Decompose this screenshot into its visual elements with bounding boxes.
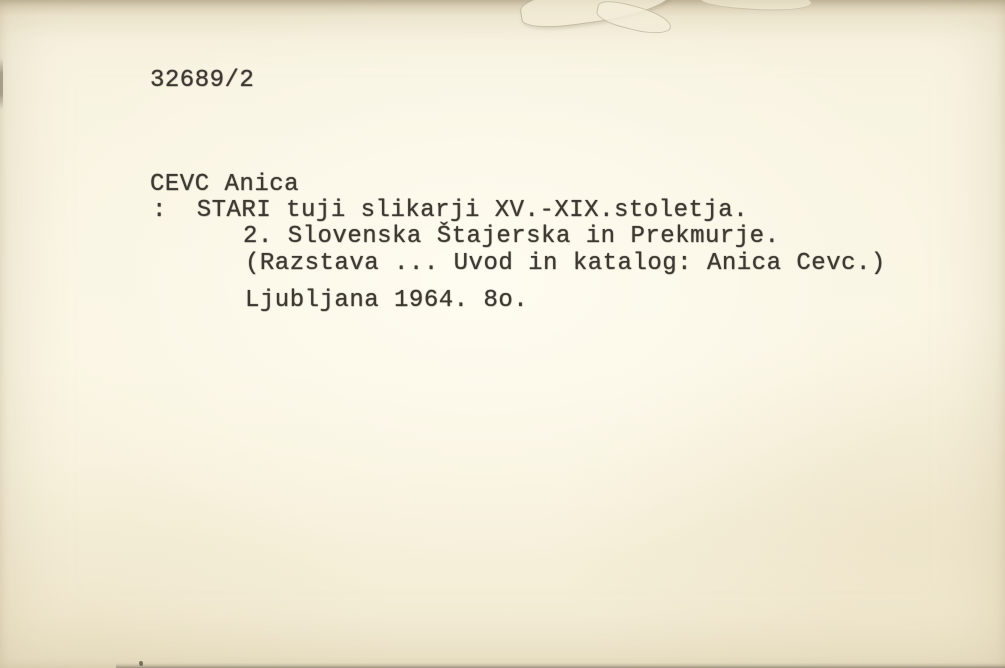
title-line: : STARI tuji slikarji XV.-XIX.stoletja. [152, 198, 886, 224]
call-number: 32689/2 [150, 68, 254, 94]
note-line: (Razstava ... Uvod in katalog: Anica Cev… [245, 251, 886, 277]
catalog-entry: CEVC Anica : STARI tuji slikarji XV.-XIX… [150, 172, 886, 314]
catalog-card-scan: 32689/2 CEVC Anica : STARI tuji slikarji… [0, 0, 1005, 668]
imprint-line: Ljubljana 1964. 8o. [245, 288, 886, 314]
bottom-edge-speck [139, 661, 143, 666]
left-edge-smudge [0, 58, 3, 110]
bottom-edge-shadow [116, 663, 1005, 668]
edition-line: 2. Slovenska Štajerska in Prekmurje. [243, 224, 886, 250]
top-edge-shading [0, 0, 1005, 16]
author-heading: CEVC Anica [150, 172, 886, 198]
